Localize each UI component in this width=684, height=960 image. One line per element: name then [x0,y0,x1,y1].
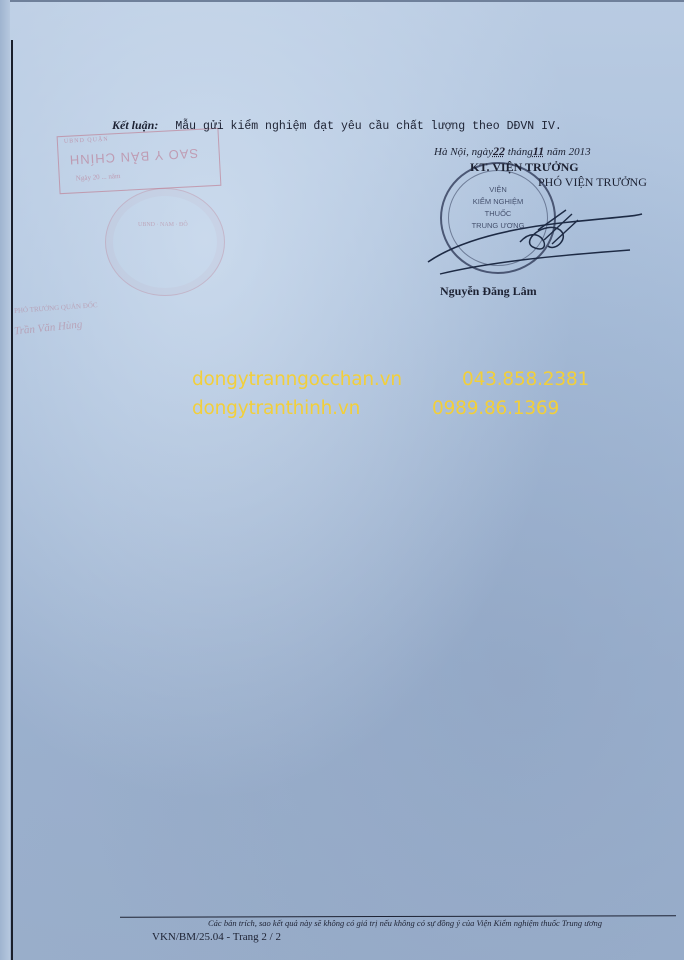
conclusion-line: Kết luận: Mẫu gửi kiểm nghiệm đạt yêu cầ… [112,118,562,133]
conclusion-label: Kết luận: [112,118,158,132]
signatory-name: Nguyễn Đăng Lâm [440,284,537,299]
date-day: 22 [493,144,505,158]
date-year: năm 2013 [547,146,591,158]
faded-round-seal: UBND · NAM · ĐÔ [105,188,225,296]
handwritten-signature-icon [420,200,650,280]
watermark-phone-2: 0989.86.1369 [432,398,559,419]
conclusion-text: Mẫu gửi kiểm nghiệm đạt yêu cầu chất lượ… [175,120,561,133]
page-top-edge [0,0,684,2]
date-month: 11 [533,144,544,158]
date-month-label: tháng [508,146,533,158]
signatory-title-2: PHÓ VIỆN TRƯỞNG [538,175,647,190]
date-prefix: Hà Nội, ngày [434,146,493,158]
date-line: Hà Nội, ngày22 tháng11 năm 2013 [434,144,591,159]
copy-certifier-signature: Trần Văn Hùng [14,318,83,337]
watermark-website-1: dongytranngocchan.vn [192,369,402,390]
watermark-phone-1: 043.858.2381 [462,369,589,390]
footer-disclaimer: Các bản trích, sao kết quả này sẽ không … [208,918,602,928]
copy-stamp-bottom-text: Ngày 20 ... năm [76,172,121,182]
footer-form-code: VKN/BM/25.04 - Trang 2 / 2 [152,931,281,943]
copy-certified-stamp: UBND QUẬN SAO Y BẢN CHÍNH Ngày 20 ... nă… [57,128,222,194]
copy-stamp-top-text: UBND QUẬN [64,137,109,145]
watermark-website-2: dongytranthinh.vn [192,398,360,419]
signatory-title-1: KT. VIỆN TRƯỞNG [470,160,579,175]
page-border-line [11,40,13,960]
copy-certifier-title: PHÓ TRƯỞNG QUẢN ĐỐC [14,301,98,315]
faded-seal-text: UBND · NAM · ĐÔ [138,221,188,230]
page-left-margin [0,0,10,960]
copy-stamp-main-text: SAO Y BẢN CHÍNH [68,146,198,168]
document-page: UBND QUẬN SAO Y BẢN CHÍNH Ngày 20 ... nă… [0,0,684,960]
